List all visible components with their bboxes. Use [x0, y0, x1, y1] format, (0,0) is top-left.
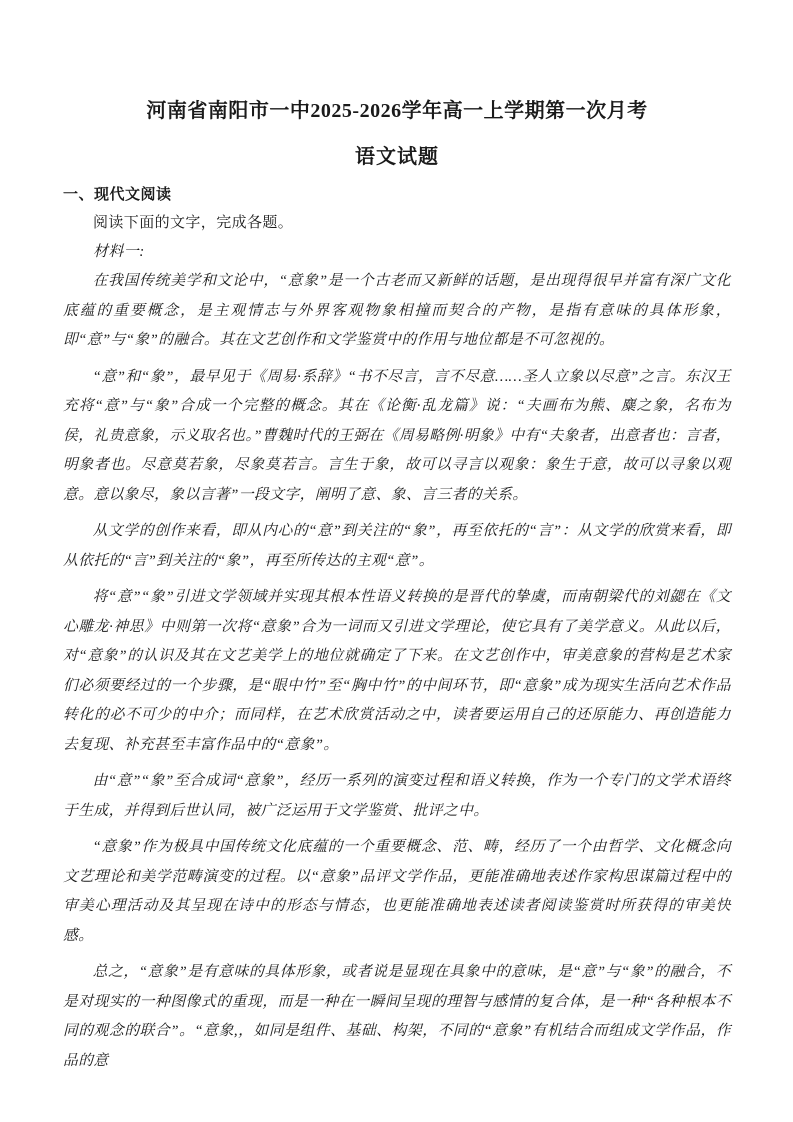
paragraph-2: “意”和“象”，最早见于《周易·系辞》“书不尽言，言不尽意……圣人立象以尽意”之…: [63, 363, 731, 511]
material-label: 材料一:: [63, 238, 731, 267]
instruction-text: 阅读下面的文字，完成各题。: [63, 209, 731, 238]
paragraph-6: “意象”作为极具中国传统文化底蕴的一个重要概念、范、畴，经历了一个由哲学、文化概…: [63, 833, 731, 951]
paragraph-7: 总之，“意象”是有意味的具体形象，或者说是显现在具象中的意味，是“意”与“象”的…: [63, 958, 731, 1076]
paragraph-1: 在我国传统美学和文论中，“意象”是一个古老而又新鲜的话题，是出现得很早并富有深广…: [63, 267, 731, 356]
paragraph-4: 将“意”“象”引进文学领域并实现其根本性语义转换的是晋代的挚虞，而南朝梁代的刘勰…: [63, 583, 731, 760]
page-subtitle: 语文试题: [63, 142, 731, 172]
section-heading: 一、现代文阅读: [63, 184, 731, 206]
paragraph-3: 从文学的创作来看，即从内心的“意”到关注的“象”，再至依托的“言”：从文学的欣赏…: [63, 517, 731, 576]
paragraph-5: 由“意”“象”至合成词“意象”，经历一系列的演变过程和语义转换，作为一个专门的文…: [63, 767, 731, 826]
page-title: 河南省南阳市一中2025-2026学年高一上学期第一次月考: [63, 96, 731, 126]
exam-paper-page: 河南省南阳市一中2025-2026学年高一上学期第一次月考 语文试题 一、现代文…: [0, 0, 793, 1122]
